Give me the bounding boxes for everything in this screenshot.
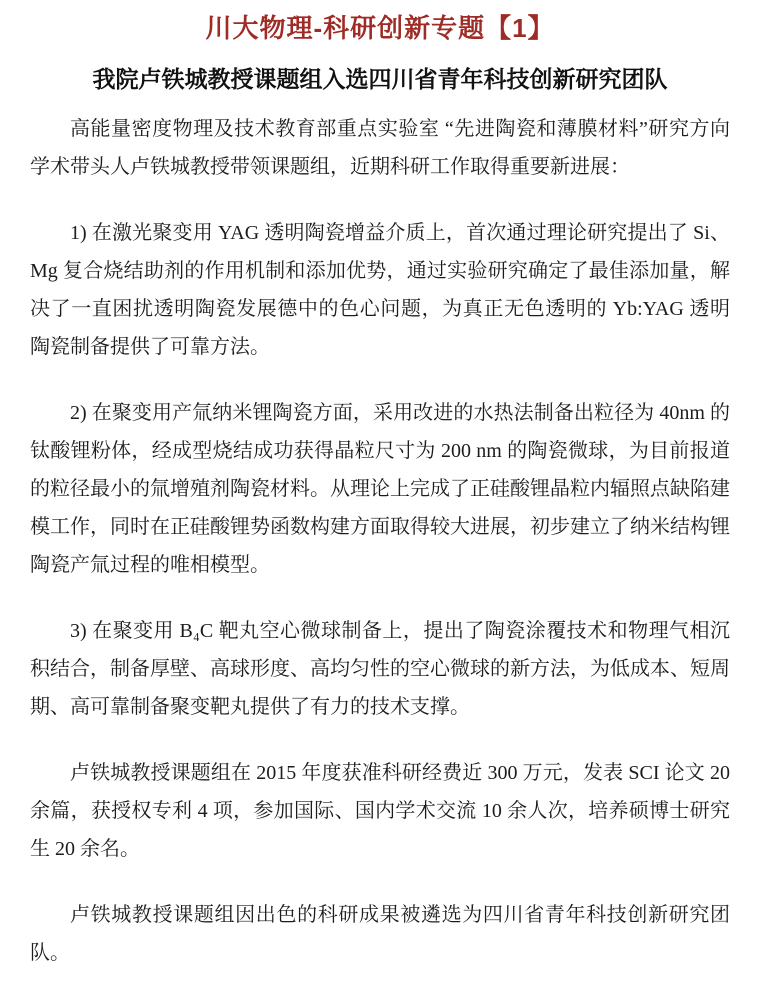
document-page: 川大物理-科研创新专题【1】 我院卢铁城教授课题组入选四川省青年科技创新研究团队… [0,0,760,996]
article-subtitle: 我院卢铁城教授课题组入选四川省青年科技创新研究团队 [30,64,730,94]
paragraph-achievements: 卢铁城教授课题组在 2015 年度获准科研经费近 300 万元，发表 SCI 论… [30,754,730,868]
paragraph-conclusion: 卢铁城教授课题组因出色的科研成果被遴选为四川省青年科技创新研究团队。 [30,896,730,972]
paragraph-item-3: 3) 在聚变用 B₄C 靶丸空心微球制备上，提出了陶瓷涂覆技术和物理气相沉积结合… [30,612,730,726]
paragraph-intro: 高能量密度物理及技术教育部重点实验室 “先进陶瓷和薄膜材料”研究方向学术带头人卢… [30,110,730,186]
paragraph-item-2: 2) 在聚变用产氚纳米锂陶瓷方面，采用改进的水热法制备出粒径为 40nm 的钛酸… [30,394,730,584]
paragraph-item-1: 1) 在激光聚变用 YAG 透明陶瓷增益介质上，首次通过理论研究提出了 Si、M… [30,214,730,366]
page-title: 川大物理-科研创新专题【1】 [30,12,730,44]
article-body: 高能量密度物理及技术教育部重点实验室 “先进陶瓷和薄膜材料”研究方向学术带头人卢… [30,110,730,972]
